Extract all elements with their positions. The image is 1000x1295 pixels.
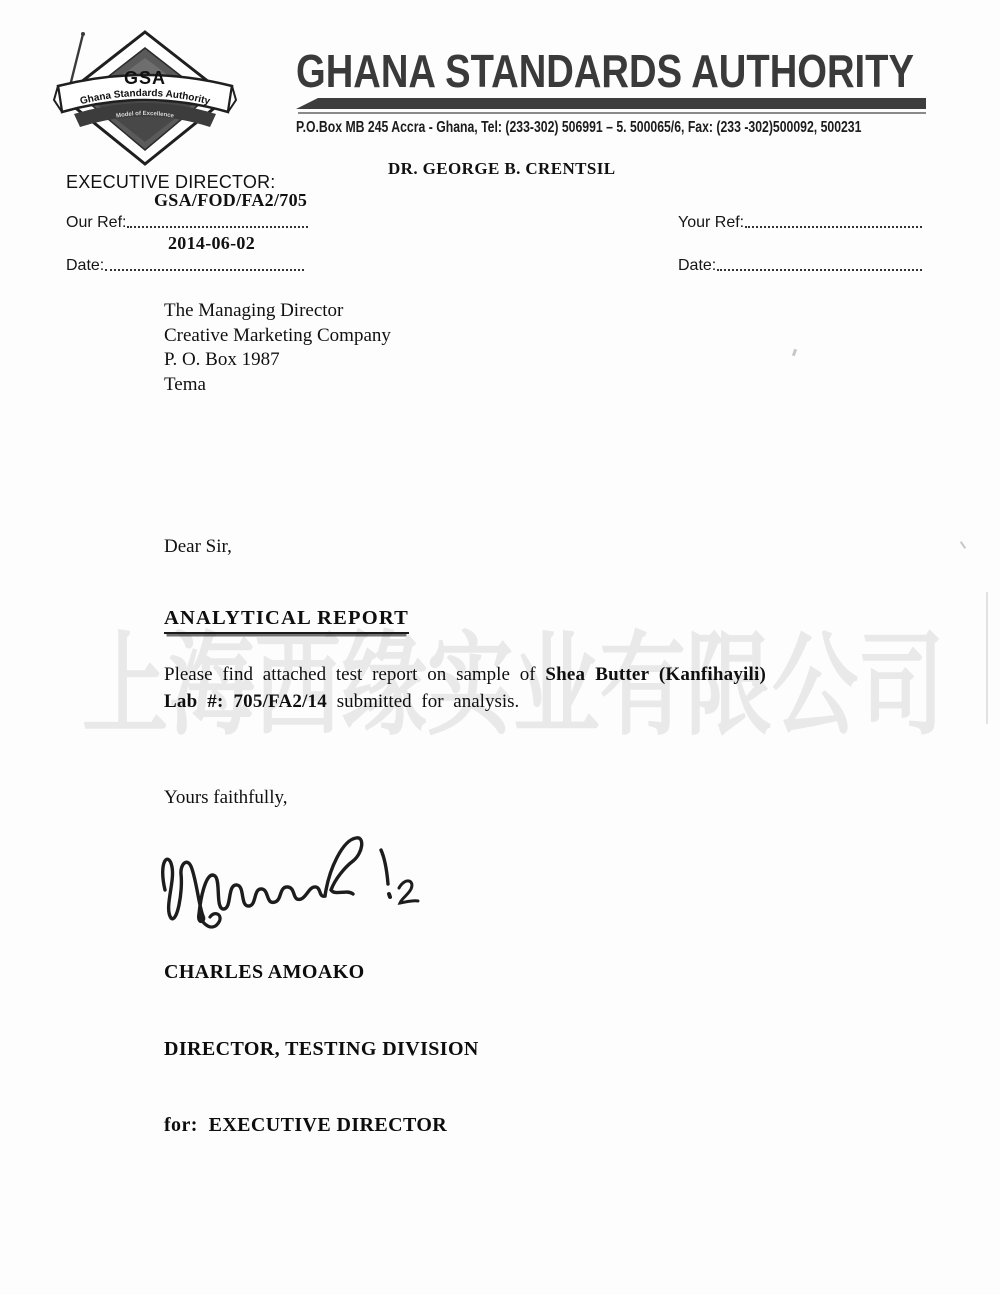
recipient-line: Tema <box>164 373 391 398</box>
masthead-divider-underline <box>298 112 926 114</box>
recipient-line: The Managing Director <box>164 299 391 324</box>
logo-acronym: GSA <box>124 68 166 88</box>
date-row: 2014-06-02 Date: <box>66 233 304 275</box>
our-ref-dotted-line <box>127 214 308 228</box>
executive-director-name: DR. GEORGE B. CRENTSIL <box>388 159 615 179</box>
signer-title: DIRECTOR, TESTING DIVISION <box>164 1037 479 1063</box>
right-date-row: Date: <box>678 233 922 275</box>
scan-speck <box>960 541 966 549</box>
closing-phrase: Yours faithfully, <box>164 787 288 809</box>
paragraph-start: Please find attached test report on samp… <box>164 664 545 685</box>
recipient-line: P. O. Box 1987 <box>164 348 391 373</box>
scan-artifact-line <box>986 592 988 724</box>
subject-heading: ANALYTICAL REPORT <box>164 607 409 634</box>
date-value: 2014-06-02 <box>168 233 255 254</box>
recipient-line: Creative Marketing Company <box>164 324 391 349</box>
masthead-divider-bar <box>296 98 926 109</box>
right-date-label: Date: <box>678 257 716 275</box>
date-label: Date: <box>66 257 104 275</box>
body-paragraph: Please find attached test report on samp… <box>164 662 766 715</box>
scanned-letter-page: 上海西缘实业有限公司 GSA Ghana Standa <box>0 0 1000 1295</box>
signer-name: CHARLES AMOAKO <box>164 960 479 986</box>
contact-line: P.O.Box MB 245 Accra - Ghana, Tel: (233-… <box>296 119 861 137</box>
our-ref-row: GSA/FOD/FA2/705 Our Ref: <box>66 190 308 232</box>
recipient-address: The Managing Director Creative Marketing… <box>164 299 391 397</box>
your-ref-row: Your Ref: <box>678 190 922 232</box>
your-ref-dotted-line <box>745 214 922 228</box>
our-ref-label: Our Ref: <box>66 214 126 232</box>
right-date-dotted-line <box>717 257 922 271</box>
signer-for-line: for: EXECUTIVE DIRECTOR <box>164 1113 479 1139</box>
salutation: Dear Sir, <box>164 536 232 558</box>
letter-content: GSA Ghana Standards Authority Model of E… <box>0 0 1000 1295</box>
signer-block: CHARLES AMOAKO DIRECTOR, TESTING DIVISIO… <box>164 909 479 1190</box>
your-ref-label: Your Ref: <box>678 214 744 232</box>
org-title: GHANA STANDARDS AUTHORITY <box>296 44 914 98</box>
paragraph-end: submitted for analysis. <box>327 691 519 712</box>
our-ref-value: GSA/FOD/FA2/705 <box>154 190 307 211</box>
scan-speck <box>792 349 797 357</box>
handwritten-signature <box>155 826 435 934</box>
gsa-logo-icon: GSA Ghana Standards Authority Model of E… <box>50 26 240 168</box>
date-dotted-line <box>105 257 304 271</box>
